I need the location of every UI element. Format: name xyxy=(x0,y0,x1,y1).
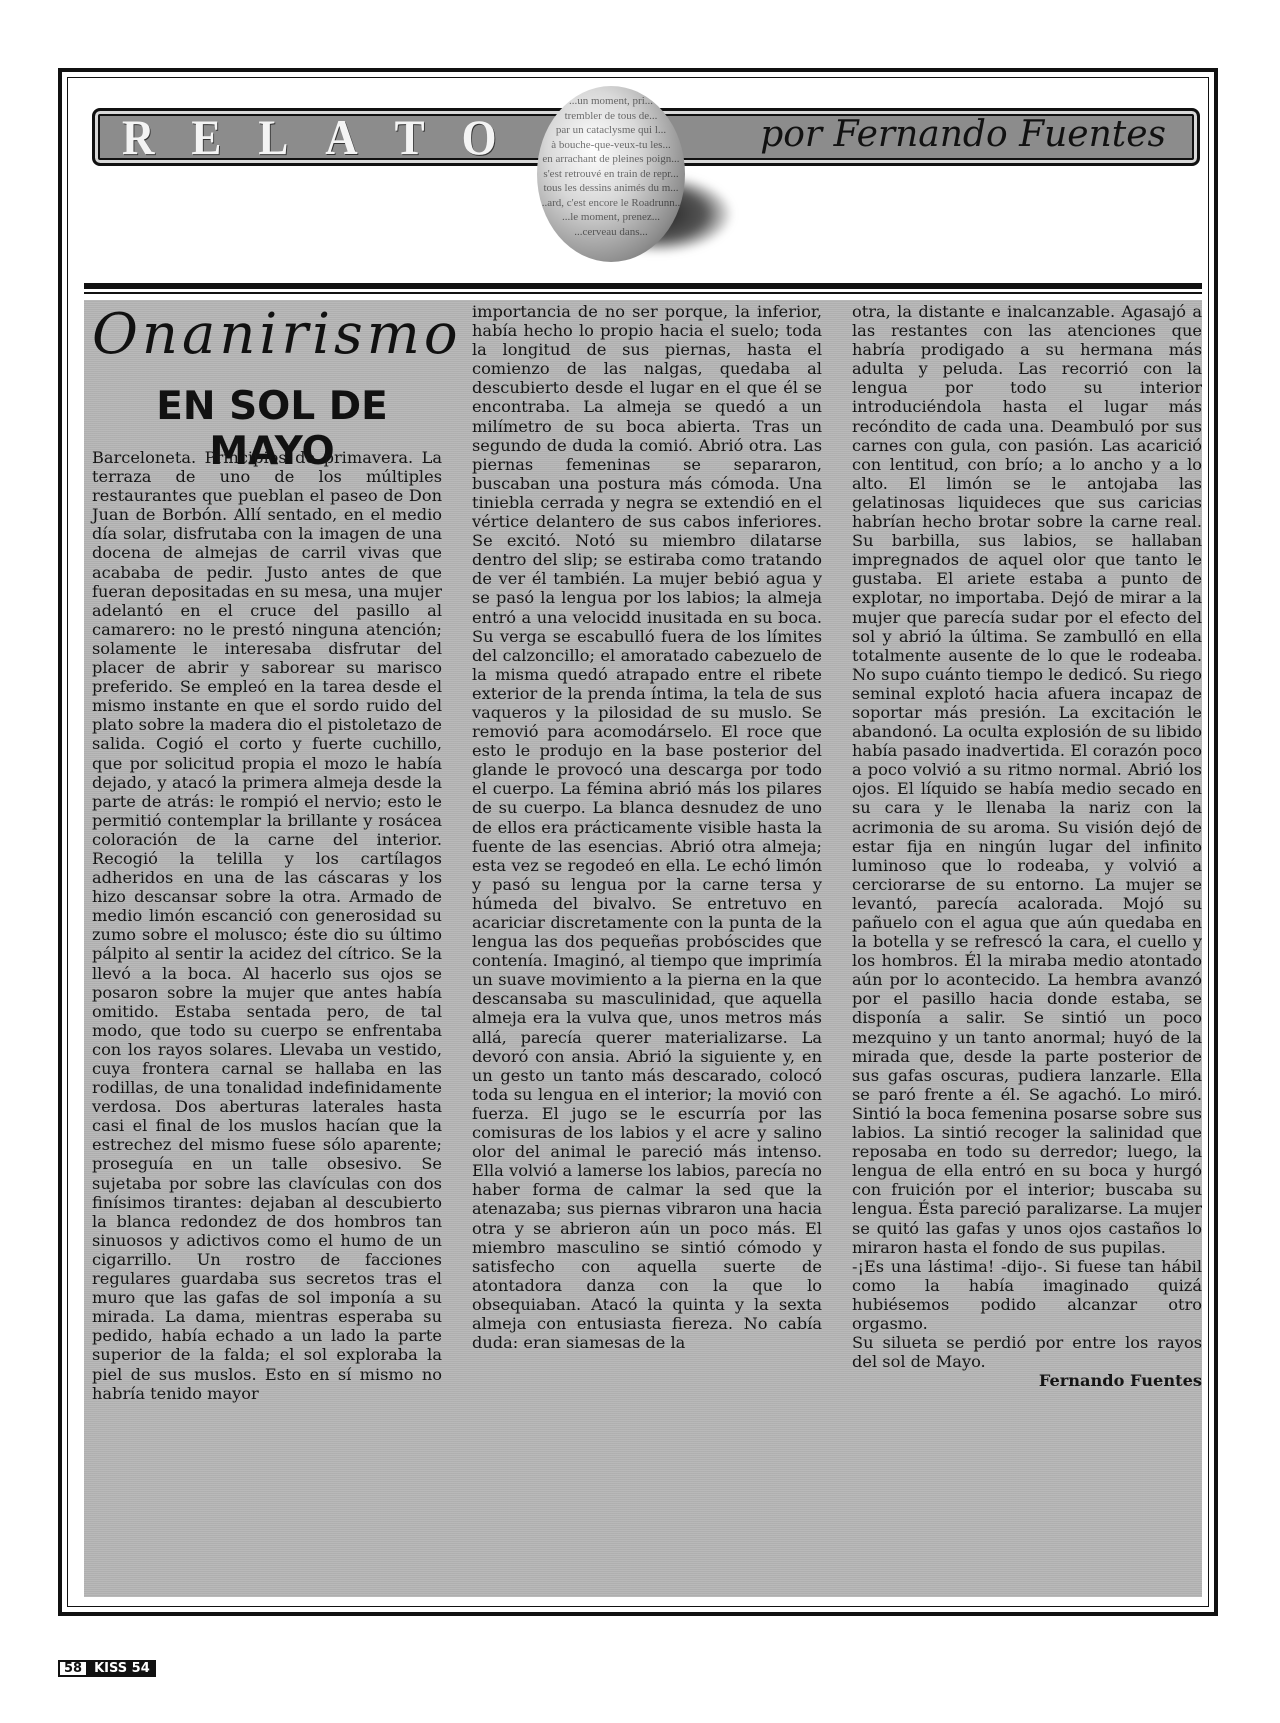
paragraph: importancia de no ser porque, la inferio… xyxy=(472,302,822,1352)
article-column-1: Barceloneta. Principios de primavera. La… xyxy=(92,448,442,1403)
sphere-text-line: à bouche-que-veux-tu les... xyxy=(537,138,685,153)
sphere-text-line: trembler de tous de... xyxy=(537,109,685,124)
section-label: R E L A T O xyxy=(122,110,497,164)
page-number: 58 xyxy=(58,1660,88,1677)
sphere-text-line: par un cataclysme qui l... xyxy=(537,123,685,138)
magazine-issue: KISS 54 xyxy=(88,1660,156,1677)
sphere-text-line: ...cerveau dans... xyxy=(537,225,685,240)
section-letter: A xyxy=(325,108,357,166)
paragraph: otra, la distante e inalcanzable. Agasaj… xyxy=(852,302,1202,1257)
paragraph: Barceloneta. Principios de primavera. La… xyxy=(92,448,442,1403)
author-signature: Fernando Fuentes xyxy=(852,1371,1202,1390)
text-sphere-illustration: ...un moment, pri... trembler de tous de… xyxy=(537,86,685,262)
section-letter: R xyxy=(122,108,154,166)
sphere-text-line: ...le moment, prenez... xyxy=(537,210,685,225)
byline: por Fernando Fuentes xyxy=(760,114,1166,155)
header-rule-thin xyxy=(84,292,1202,294)
sphere-text-line: ...un moment, pri... xyxy=(537,94,685,109)
paragraph: Su silueta se perdió por entre los rayos… xyxy=(852,1333,1202,1371)
page-folio: 58 KISS 54 xyxy=(58,1660,156,1677)
paragraph: -¡Es una lástima! -dijo-. Si fuese tan h… xyxy=(852,1257,1202,1333)
article-column-2: importancia de no ser porque, la inferio… xyxy=(472,302,822,1352)
section-letter: L xyxy=(258,108,288,166)
section-letter: E xyxy=(191,108,221,166)
sphere-text-line: ...ard, c'est encore le Roadrunn... xyxy=(537,196,685,211)
sphere-text-line: en arrachant de pleines poign... xyxy=(537,152,685,167)
sphere-text-line: tous les dessins animés du m... xyxy=(537,181,685,196)
article-column-3: otra, la distante e inalcanzable. Agasaj… xyxy=(852,302,1202,1390)
sphere-text: ...un moment, pri... trembler de tous de… xyxy=(537,94,685,239)
header-rule-thick xyxy=(84,283,1202,289)
section-letter: T xyxy=(395,108,425,166)
sphere-text-line: s'est retrouvé en train de repr... xyxy=(537,167,685,182)
article-title-script: Onanirismo xyxy=(92,302,452,367)
section-letter: O xyxy=(462,108,497,166)
